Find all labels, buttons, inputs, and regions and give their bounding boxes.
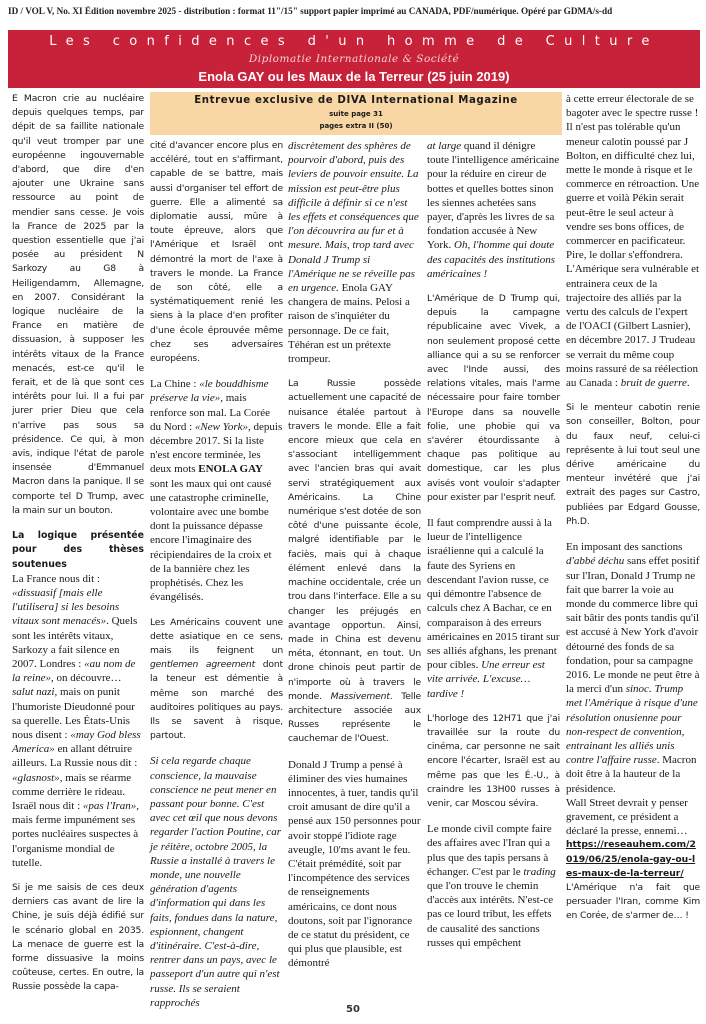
article-link-wrapper: https://reseauhem.com/2019/06/25/enola-g… (566, 838, 700, 881)
column-3: discrètement des sphères de pourvoir d'a… (288, 139, 421, 982)
column-1: E Macron crie au nucléaire depuis quelqu… (12, 92, 144, 1006)
continued-note: suite page 31 (150, 108, 562, 120)
paragraph: L'Amérique n'a fait que persuader l'Iran… (566, 881, 700, 924)
paragraph: La Chine : «le bouddhisme préserve la vi… (150, 377, 283, 604)
paragraph: Wall Street devrait y penser gravement, … (566, 796, 700, 839)
banner-subtitle: Diplomatie Internationale & Société (8, 50, 700, 68)
paragraph: Donald J Trump a pensé à éliminer des vi… (288, 758, 421, 971)
column-4: at large quand il dénigre toute l'intell… (427, 139, 560, 961)
paragraph: Si le menteur cabotin renie son conseill… (566, 401, 700, 529)
paragraph: Si cela regarde chaque conscience, la ma… (150, 754, 283, 1010)
paragraph: L'horloge des 12H71 que j'ai travaillée … (427, 712, 560, 811)
banner-title: Les confidences d'un homme de Culture (8, 34, 700, 50)
page-number: 50 (0, 1004, 706, 1015)
paragraph: Il faut comprendre aussi à la lueur de l… (427, 516, 560, 701)
article-title: Enola GAY ou les Maux de la Terreur (25 … (8, 68, 700, 86)
interview-box: Entrevue exclusive de DIVA International… (150, 92, 562, 135)
paragraph: E Macron crie au nucléaire depuis quelqu… (12, 92, 144, 518)
paragraph: Le monde civil compte faire des affaires… (427, 822, 560, 950)
column-2: cité d'avancer encore plus en accéléré, … (150, 139, 283, 1021)
interview-title: Entrevue exclusive de DIVA International… (150, 93, 562, 108)
paragraph: discrètement des sphères de pourvoir d'a… (288, 139, 421, 366)
paragraph: cité d'avancer encore plus en accéléré, … (150, 139, 283, 366)
article-link[interactable]: https://reseauhem.com/2019/06/25/enola-g… (566, 839, 696, 878)
paragraph: Les Américains couvent une dette asiatiq… (150, 616, 283, 744)
paragraph: à cette erreur électorale de se bagoter … (566, 92, 700, 390)
section-heading: La logique présentée pour des thèses sou… (12, 529, 144, 572)
paragraph: La Russie possède actuellement une capac… (288, 377, 421, 746)
column-5: à cette erreur électorale de se bagoter … (566, 92, 700, 935)
masthead-banner: Les confidences d'un homme de Culture Di… (8, 30, 700, 88)
paragraph: L'Amérique de D Trump qui, depuis la cam… (427, 292, 560, 505)
paragraph: Si je me saisis de ces deux derniers cas… (12, 881, 144, 995)
paragraph: at large quand il dénigre toute l'intell… (427, 139, 560, 281)
paragraph: La France nous dit : «dissuasif [mais el… (12, 572, 144, 870)
edition-info-line: ID / VOL V, No. XI Édition novembre 2025… (8, 6, 698, 20)
paragraph: En imposant des sanctions d'abbé déchu s… (566, 540, 700, 796)
pages-extra-note: pages extra II (50) (150, 120, 562, 132)
